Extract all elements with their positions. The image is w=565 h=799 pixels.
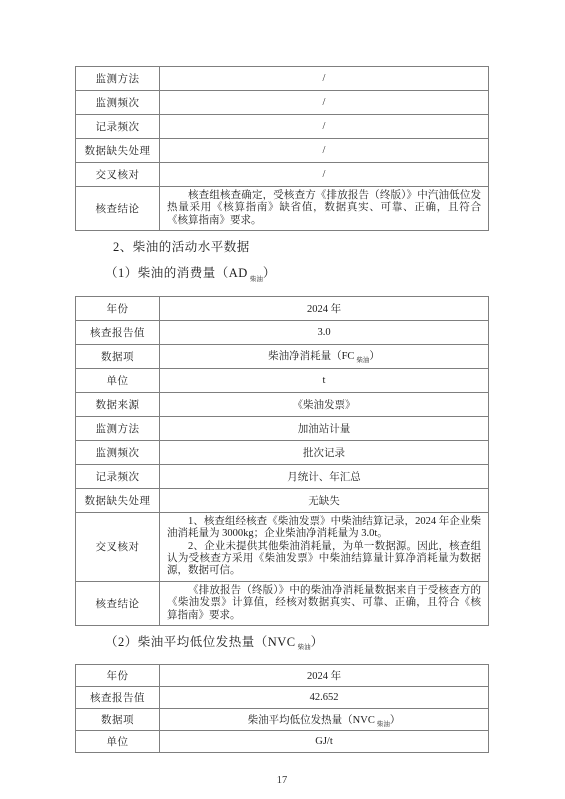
row-value: /: [160, 163, 489, 187]
table-row-data-item: 数据项 柴油平均低位发热量（NVC柴油）: [76, 709, 489, 731]
row-label: 监测方法: [76, 67, 160, 91]
table-row: 核查报告值 3.0: [76, 320, 489, 344]
page-number: 17: [75, 775, 489, 786]
cross-check-text-cell: 1、核查组经核查《柴油发票》中柴油结算记录，2024 年企业柴油消耗量为 300…: [160, 512, 489, 581]
section-heading: 2、柴油的活动水平数据: [113, 239, 489, 256]
table-row-conclusion: 核查结论 《排放报告（终版）》中的柴油净消耗量数据来自于受核查方的《柴油发票》计…: [76, 581, 489, 625]
row-label: 核查结论: [76, 581, 160, 625]
subsection-2-suffix: ）: [311, 635, 324, 649]
row-value: 月统计、年汇总: [160, 464, 489, 488]
paragraph: 2、企业未提供其他柴油消耗量，为单一数据源。因此，核查组认为受核查方采用《柴油发…: [167, 541, 481, 578]
row-label: 数据缺失处理: [76, 488, 160, 512]
row-label: 单位: [76, 368, 160, 392]
table-row: 单位 t: [76, 368, 489, 392]
row-label: 数据项: [76, 709, 160, 731]
document-page: 监测方法 / 监测频次 / 记录频次 / 数据缺失处理 / 交叉核对 /: [0, 0, 565, 799]
table-row: 交叉核对 /: [76, 163, 489, 187]
row-label: 交叉核对: [76, 163, 160, 187]
diesel-nhv-table: 年份 2024 年 核查报告值 42.652 数据项 柴油平均低位发热量（NVC…: [75, 664, 489, 753]
row-label: 监测频次: [76, 91, 160, 115]
paragraph: 《排放报告（终版）》中的柴油净消耗量数据来自于受核查方的《柴油发票》计算值，经核…: [167, 585, 481, 622]
row-label: 数据缺失处理: [76, 139, 160, 163]
table-row: 监测频次 /: [76, 91, 489, 115]
row-label: 年份: [76, 296, 160, 320]
row-label: 核查报告值: [76, 687, 160, 709]
row-value: 柴油平均低位发热量（NVC柴油）: [160, 709, 489, 731]
subsection-1-text: （1）柴油的消费量（AD: [105, 266, 248, 280]
subsection-2-heading: （2）柴油平均低位发热量（NVC柴油）: [105, 634, 489, 657]
row-value: 《柴油发票》: [160, 392, 489, 416]
conclusion-text-cell: 《排放报告（终版）》中的柴油净消耗量数据来自于受核查方的《柴油发票》计算值，经核…: [160, 581, 489, 625]
row-value: 2024 年: [160, 665, 489, 687]
row-value: /: [160, 139, 489, 163]
row-value: 无缺失: [160, 488, 489, 512]
subscript: 柴油: [250, 276, 263, 283]
conclusion-text-cell: 核查组核查确定，受核查方《排放报告（终版）》中汽油低位发热量采用《核算指南》缺省…: [160, 187, 489, 231]
table-row: 监测方法 /: [76, 67, 489, 91]
paragraph: 1、核查组经核查《柴油发票》中柴油结算记录，2024 年企业柴油消耗量为 300…: [167, 516, 481, 541]
table-row: 数据来源 《柴油发票》: [76, 392, 489, 416]
row-value: 加油站计量: [160, 416, 489, 440]
row-value: 柴油净消耗量（FC柴油）: [160, 344, 489, 368]
row-value: 42.652: [160, 687, 489, 709]
subsection-2-text: （2）柴油平均低位发热量（NVC: [105, 635, 296, 649]
row-value: 批次记录: [160, 440, 489, 464]
data-item-text: 柴油净消耗量（FC: [268, 351, 354, 362]
table-row: 监测频次 批次记录: [76, 440, 489, 464]
table-row: 记录频次 月统计、年汇总: [76, 464, 489, 488]
row-label: 监测方法: [76, 416, 160, 440]
row-label: 记录频次: [76, 464, 160, 488]
row-label: 监测频次: [76, 440, 160, 464]
table-row-data-item: 数据项 柴油净消耗量（FC柴油）: [76, 344, 489, 368]
subscript: 柴油: [298, 644, 311, 651]
data-item-suffix: ）: [369, 351, 380, 362]
row-label: 数据来源: [76, 392, 160, 416]
page-content: 监测方法 / 监测频次 / 记录频次 / 数据缺失处理 / 交叉核对 /: [0, 0, 489, 786]
gasoline-nhv-table: 监测方法 / 监测频次 / 记录频次 / 数据缺失处理 / 交叉核对 /: [75, 66, 489, 231]
row-value: /: [160, 91, 489, 115]
table-row: 年份 2024 年: [76, 296, 489, 320]
table-row: 监测方法 加油站计量: [76, 416, 489, 440]
data-item-text: 柴油平均低位发热量（NVC: [248, 715, 375, 726]
table-row: 年份 2024 年: [76, 665, 489, 687]
row-value: t: [160, 368, 489, 392]
data-item-suffix: ）: [390, 715, 401, 726]
table-row: 单位 GJ/t: [76, 731, 489, 753]
row-label: 交叉核对: [76, 512, 160, 581]
row-label: 单位: [76, 731, 160, 753]
subsection-1-suffix: ）: [263, 266, 276, 280]
row-label: 核查结论: [76, 187, 160, 231]
row-value: 2024 年: [160, 296, 489, 320]
row-value: /: [160, 67, 489, 91]
table-row: 数据缺失处理 /: [76, 139, 489, 163]
table-row: 核查报告值 42.652: [76, 687, 489, 709]
row-label: 记录频次: [76, 115, 160, 139]
table-row: 记录频次 /: [76, 115, 489, 139]
subscript: 柴油: [377, 721, 390, 728]
row-label: 核查报告值: [76, 320, 160, 344]
subsection-1-heading: （1）柴油的消费量（AD柴油）: [105, 265, 489, 288]
row-value: /: [160, 115, 489, 139]
subscript: 柴油: [356, 357, 369, 364]
table-row: 数据缺失处理 无缺失: [76, 488, 489, 512]
paragraph: 核查组核查确定，受核查方《排放报告（终版）》中汽油低位发热量采用《核算指南》缺省…: [167, 190, 481, 227]
row-value: 3.0: [160, 320, 489, 344]
row-label: 数据项: [76, 344, 160, 368]
row-value: GJ/t: [160, 731, 489, 753]
row-label: 年份: [76, 665, 160, 687]
table-row-conclusion: 核查结论 核查组核查确定，受核查方《排放报告（终版）》中汽油低位发热量采用《核算…: [76, 187, 489, 231]
diesel-consumption-table: 年份 2024 年 核查报告值 3.0 数据项 柴油净消耗量（FC柴油） 单位 …: [75, 296, 489, 626]
table-row-cross-check: 交叉核对 1、核查组经核查《柴油发票》中柴油结算记录，2024 年企业柴油消耗量…: [76, 512, 489, 581]
